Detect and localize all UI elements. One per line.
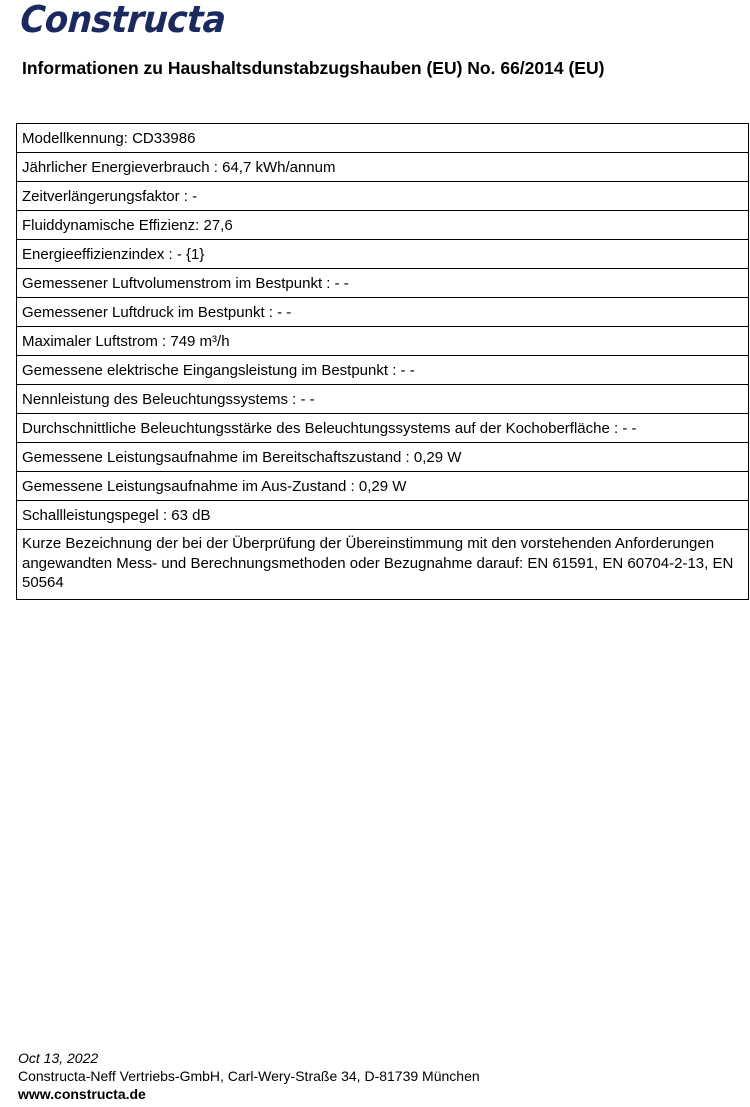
spec-row-model-id: Modellkennung: CD33986 [17, 124, 748, 153]
spec-row-sound-power: Schallleistungspegel : 63 dB [17, 501, 748, 530]
spec-row-energy-efficiency-index: Energieeffizienzindex : - {1} [17, 240, 748, 269]
footer-website-link[interactable]: www.constructa.de [18, 1085, 480, 1103]
spec-row-air-pressure-best-point: Gemessener Luftdruck im Bestpunkt : - - [17, 298, 748, 327]
spec-table: Modellkennung: CD33986 Jährlicher Energi… [16, 123, 749, 600]
spec-row-max-airflow: Maximaler Luftstrom : 749 m³/h [17, 327, 748, 356]
spec-row-electric-input-best-point: Gemessene elektrische Eingangsleistung i… [17, 356, 748, 385]
spec-row-airflow-best-point: Gemessener Luftvolumenstrom im Bestpunkt… [17, 269, 748, 298]
brand-logo: Constructa [19, 0, 227, 41]
footer-address: Constructa-Neff Vertriebs-GmbH, Carl-Wer… [18, 1067, 480, 1085]
spec-row-lighting-power: Nennleistung des Beleuchtungssystems : -… [17, 385, 748, 414]
spec-row-illumination: Durchschnittliche Beleuchtungsstärke des… [17, 414, 748, 443]
spec-row-standby-power: Gemessene Leistungsaufnahme im Bereitsch… [17, 443, 748, 472]
spec-row-measurement-methods: Kurze Bezeichnung der bei der Überprüfun… [17, 530, 748, 600]
spec-row-off-mode-power: Gemessene Leistungsaufnahme im Aus-Zusta… [17, 472, 748, 501]
document-title: Informationen zu Haushaltsdunstabzugshau… [22, 58, 604, 79]
spec-row-annual-energy: Jährlicher Energieverbrauch : 64,7 kWh/a… [17, 153, 748, 182]
spec-row-time-increase-factor: Zeitverlängerungsfaktor : - [17, 182, 748, 211]
footer-date: Oct 13, 2022 [18, 1049, 480, 1067]
spec-row-fluid-dynamic-efficiency: Fluiddynamische Effizienz: 27,6 [17, 211, 748, 240]
footer: Oct 13, 2022 Constructa-Neff Vertriebs-G… [18, 1049, 480, 1103]
